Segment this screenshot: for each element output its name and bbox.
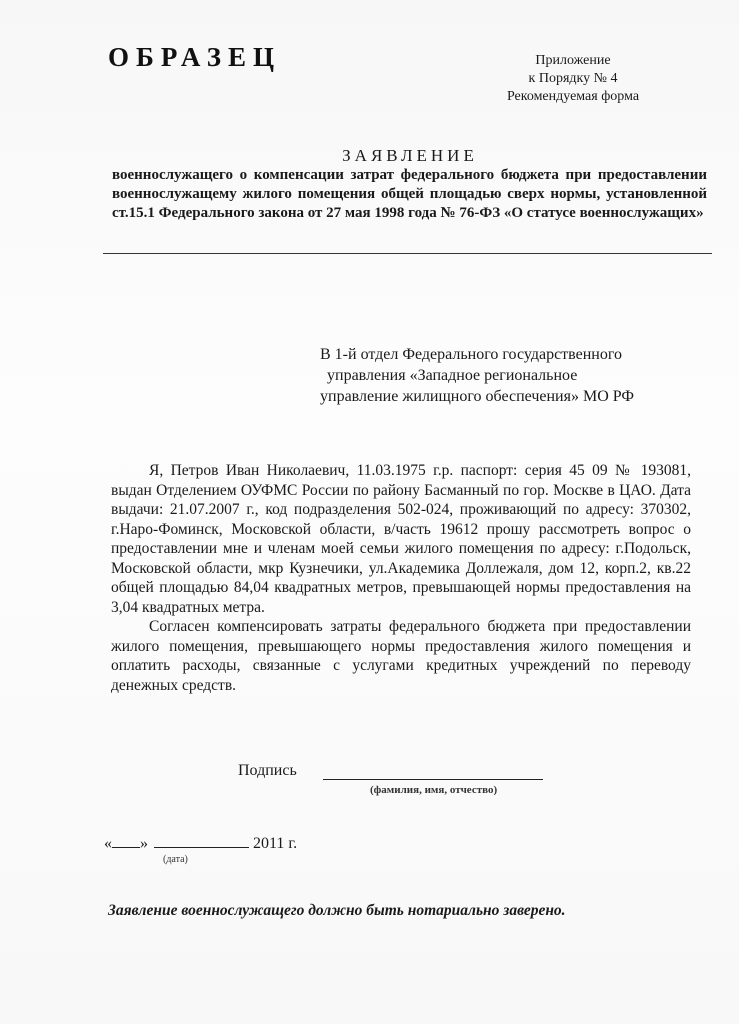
recipient-line: управления «Западное региональное <box>320 365 700 386</box>
date-month-blank <box>154 835 249 848</box>
signature-caption: (фамилия, имя, отчество) <box>370 784 497 796</box>
date-day-blank <box>112 835 140 848</box>
signature-line <box>323 779 543 780</box>
statement-body: Я, Петров Иван Николаевич, 11.03.1975 г.… <box>111 461 691 695</box>
appendix-line: к Порядку № 4 <box>488 70 658 88</box>
date-year: 2011 г. <box>253 835 297 852</box>
appendix-note: Приложение к Порядку № 4 Рекомендуемая ф… <box>488 52 658 106</box>
date-caption: (дата) <box>163 854 188 865</box>
date-row: «»2011 г. <box>104 835 297 853</box>
appendix-line: Рекомендуемая форма <box>488 88 658 106</box>
document-title: ЗАЯВЛЕНИЕ <box>100 146 720 166</box>
statement-paragraph: Я, Петров Иван Николаевич, 11.03.1975 г.… <box>111 461 691 617</box>
recipient-line: В 1-й отдел Федерального государственног… <box>320 344 700 365</box>
date-close-quote: » <box>140 835 148 852</box>
recipient-line: управление жилищного обеспечения» МО РФ <box>320 386 700 407</box>
document-page: ОБРАЗЕЦ Приложение к Порядку № 4 Рекомен… <box>0 0 739 1024</box>
signature-label: Подпись <box>238 762 297 780</box>
notarization-note: Заявление военнослужащего должно быть но… <box>108 902 566 920</box>
recipient-block: В 1-й отдел Федерального государственног… <box>320 344 700 407</box>
horizontal-divider <box>103 253 712 254</box>
appendix-line: Приложение <box>488 52 658 70</box>
sample-stamp: ОБРАЗЕЦ <box>108 42 281 73</box>
consent-paragraph: Согласен компенсировать затраты федераль… <box>111 617 691 695</box>
document-subtitle: военнослужащего о компенсации затрат фед… <box>112 166 707 223</box>
date-open-quote: « <box>104 835 112 852</box>
